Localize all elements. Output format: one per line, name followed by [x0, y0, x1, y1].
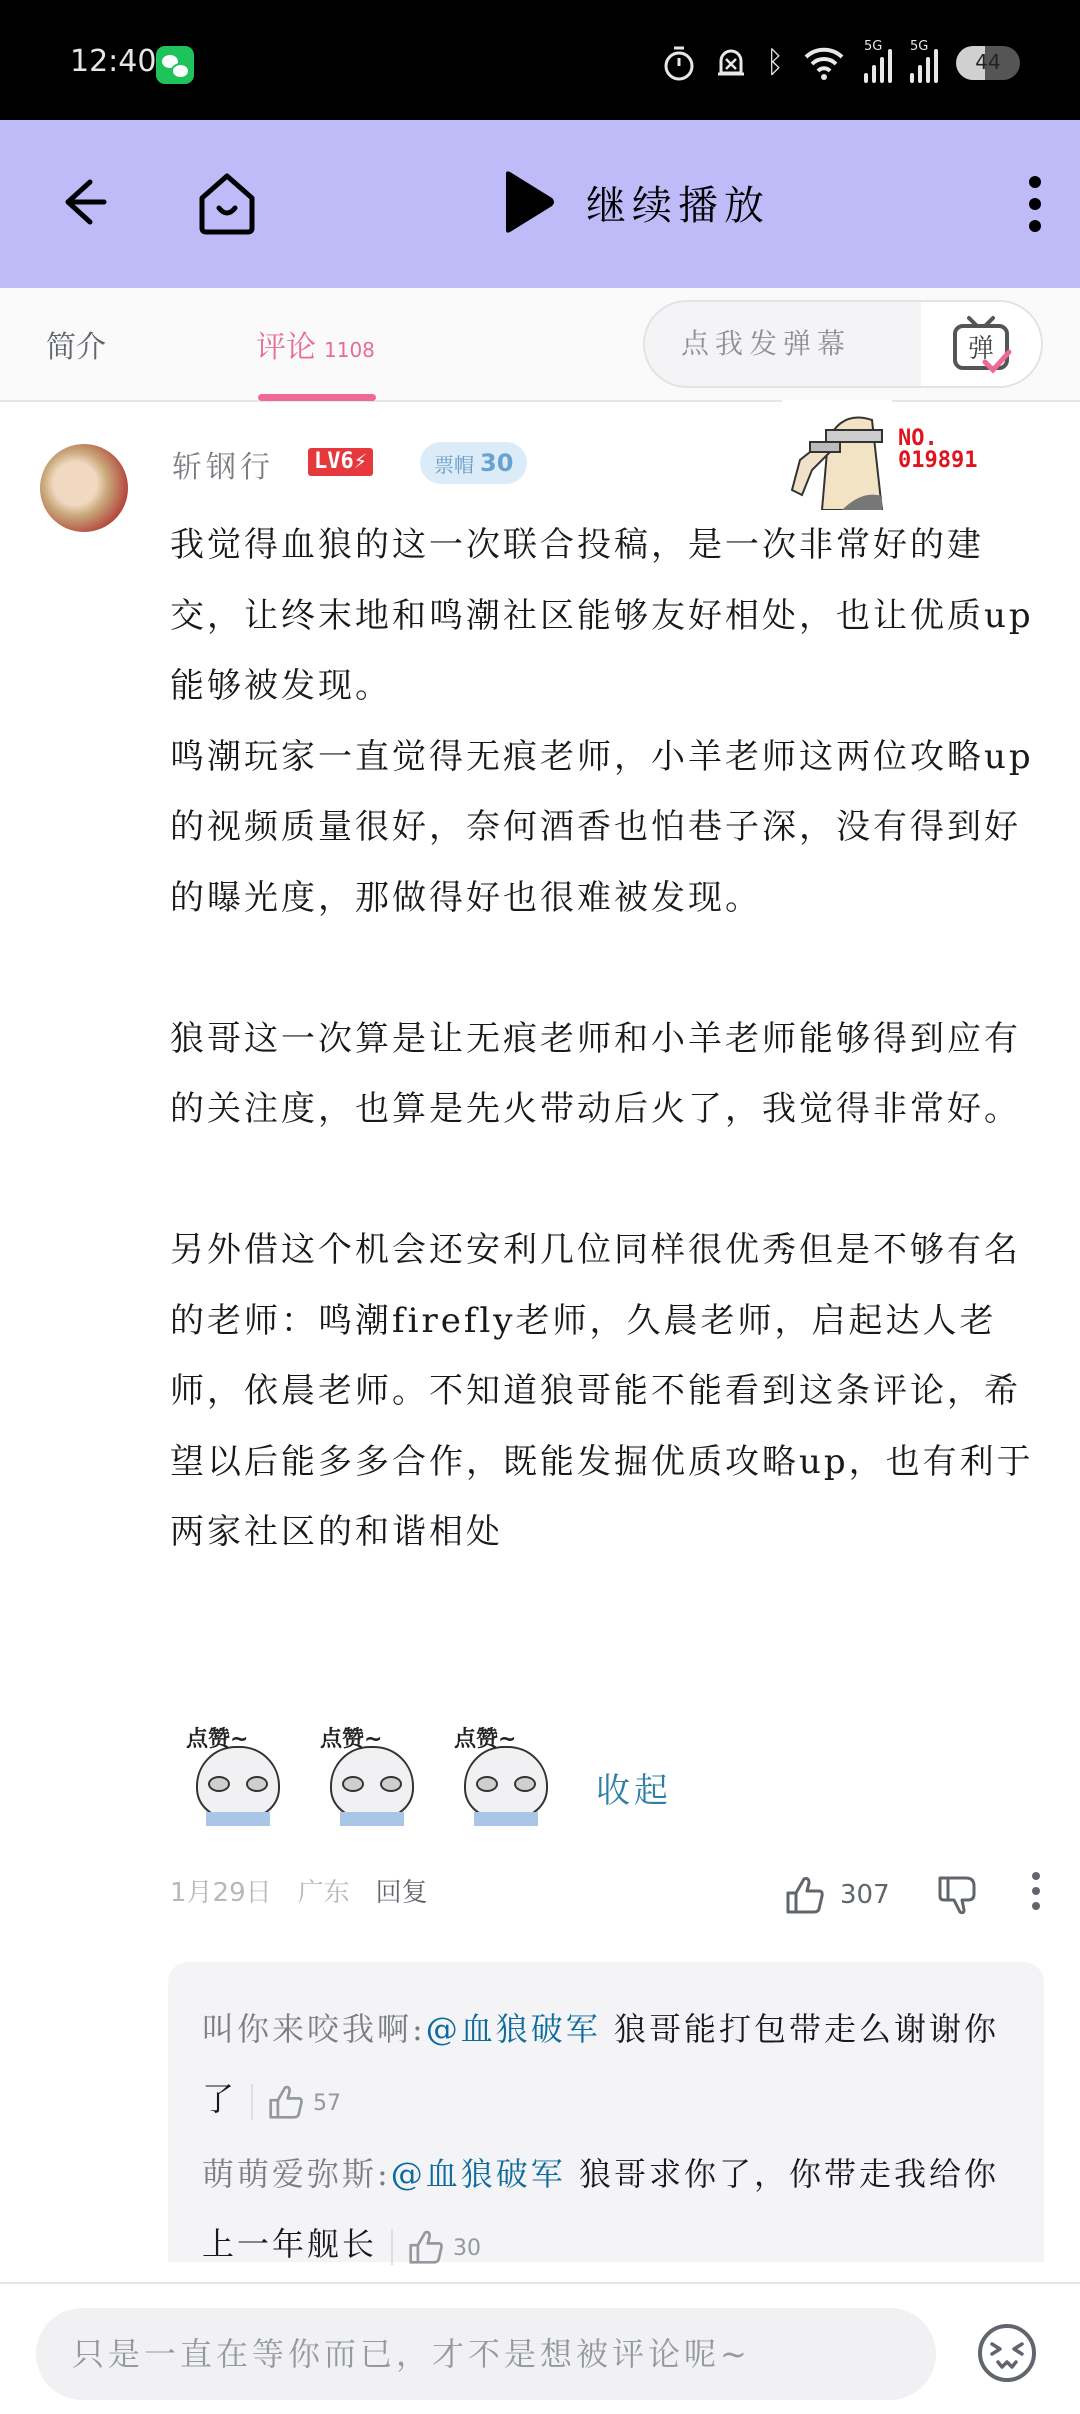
- comment-paragraph: 我觉得血狼的这一次联合投稿，是一次非常好的建交，让终末地和鸣潮社区能够友好相处，…: [170, 510, 1040, 722]
- play-icon: [500, 170, 556, 234]
- tab-bar: 简介 评论1108 点我发弹幕 弹: [0, 288, 1080, 402]
- collapse-link[interactable]: 收起: [596, 1763, 672, 1812]
- video-header: 继续播放: [0, 120, 1080, 288]
- danmaku-input[interactable]: 点我发弹幕 弹: [643, 300, 1043, 388]
- thumbs-up-icon[interactable]: [267, 2084, 305, 2120]
- comment-paragraph: 另外借这个机会还安利几位同样很优秀但是不够有名的老师：鸣潮firefly老师，久…: [170, 1215, 1040, 1568]
- username[interactable]: 斩钢行: [172, 442, 274, 486]
- thumbs-up-icon[interactable]: [407, 2229, 445, 2265]
- bell-off-icon: [714, 43, 748, 83]
- reply-preview-box[interactable]: 叫你来咬我啊:@血狼破军 狼哥能打包带走么谢谢你了57 萌萌爱弥斯:@血狼破军 …: [168, 1962, 1044, 2262]
- bluetooth-icon: ᛒ: [766, 38, 784, 88]
- sticker-like[interactable]: 点赞~: [446, 1716, 556, 1826]
- comment-paragraph: 鸣潮玩家一直觉得无痕老师，小羊老师这两位攻略up的视频质量很好，奈何酒香也怕巷子…: [170, 722, 1040, 934]
- tab-comments[interactable]: 评论1108: [256, 322, 375, 366]
- comment-body: 我觉得血狼的这一次联合投稿，是一次非常好的建交，让终末地和鸣潮社区能够友好相处，…: [170, 510, 1040, 1568]
- comment-more-icon[interactable]: [1032, 1872, 1042, 1917]
- level-badge: LV6⚡: [308, 448, 373, 476]
- danmaku-icon: 弹: [949, 312, 1013, 376]
- signal-5g-icon: 5G: [864, 43, 892, 83]
- thumbs-down-icon[interactable]: [936, 1874, 978, 1916]
- comment-location: 广东: [298, 1872, 350, 1909]
- decoration-card-image[interactable]: [782, 400, 892, 510]
- comment-paragraph: 狼哥这一次算是让无痕老师和小羊老师能够得到应有的关注度，也算是先火带动后火了，我…: [170, 1004, 1040, 1145]
- reply-like-count: 30: [453, 2236, 481, 2261]
- comment-input[interactable]: 只是一直在等你而已，才不是想被评论呢~: [36, 2308, 936, 2400]
- continue-play-button[interactable]: 继续播放: [500, 170, 770, 234]
- comment-actions: 307: [784, 1872, 1042, 1917]
- continue-play-label: 继续播放: [586, 174, 770, 231]
- thumbs-up-icon[interactable]: [784, 1875, 826, 1915]
- danmaku-placeholder[interactable]: 点我发弹幕: [645, 302, 921, 386]
- mention-link[interactable]: @血狼破军: [391, 2155, 566, 2193]
- wechat-icon: [156, 46, 194, 84]
- sticker-row: 点赞~ 点赞~ 点赞~ 收起: [178, 1716, 672, 1826]
- wifi-icon: [802, 43, 846, 83]
- signal-5g-icon: 5G: [910, 43, 938, 83]
- like-count: 307: [840, 1880, 890, 1910]
- active-tab-indicator: [258, 394, 376, 401]
- arrow-left-icon[interactable]: [52, 172, 112, 232]
- reply-item[interactable]: 叫你来咬我啊:@血狼破军 狼哥能打包带走么谢谢你了57: [202, 1994, 1020, 2139]
- stopwatch-icon: [662, 43, 696, 83]
- comments-count: 1108: [324, 338, 375, 362]
- decoration-number: NO.019891: [898, 428, 977, 472]
- sticker-like[interactable]: 点赞~: [312, 1716, 422, 1826]
- comment-meta: 1月29日 广东 回复: [170, 1872, 428, 1909]
- mention-link[interactable]: @血狼破军: [426, 2010, 601, 2048]
- clock: 12:40: [70, 44, 156, 79]
- reply-button[interactable]: 回复: [376, 1872, 428, 1909]
- paragraph-gap: [170, 933, 1040, 1004]
- emoji-icon[interactable]: [976, 2322, 1038, 2384]
- reply-like-count: 57: [313, 2091, 341, 2116]
- avatar[interactable]: [40, 444, 128, 532]
- danmaku-toggle-button[interactable]: 弹: [921, 302, 1041, 386]
- comment-date: 1月29日: [170, 1872, 272, 1909]
- more-vertical-icon[interactable]: [1020, 176, 1050, 236]
- reply-username[interactable]: 叫你来咬我啊:: [202, 2010, 426, 2048]
- svg-text:弹: 弹: [968, 334, 994, 364]
- paragraph-gap: [170, 1145, 1040, 1216]
- reply-username[interactable]: 萌萌爱弥斯:: [202, 2155, 391, 2193]
- sticker-like[interactable]: 点赞~: [178, 1716, 288, 1826]
- battery-icon: 44: [956, 46, 1020, 80]
- fan-medal-badge[interactable]: 票帽 30: [420, 442, 527, 484]
- status-bar: 12:40 ᛒ 5G 5G 44: [0, 0, 1080, 120]
- tab-intro[interactable]: 简介: [46, 322, 106, 366]
- comment-input-bar: 只是一直在等你而已，才不是想被评论呢~: [0, 2282, 1080, 2414]
- reply-item[interactable]: 萌萌爱弥斯:@血狼破军 狼哥求你了，你带走我给你上一年舰长30: [202, 2139, 1020, 2284]
- status-icons: ᛒ 5G 5G 44: [662, 38, 1020, 88]
- home-icon[interactable]: [192, 168, 262, 238]
